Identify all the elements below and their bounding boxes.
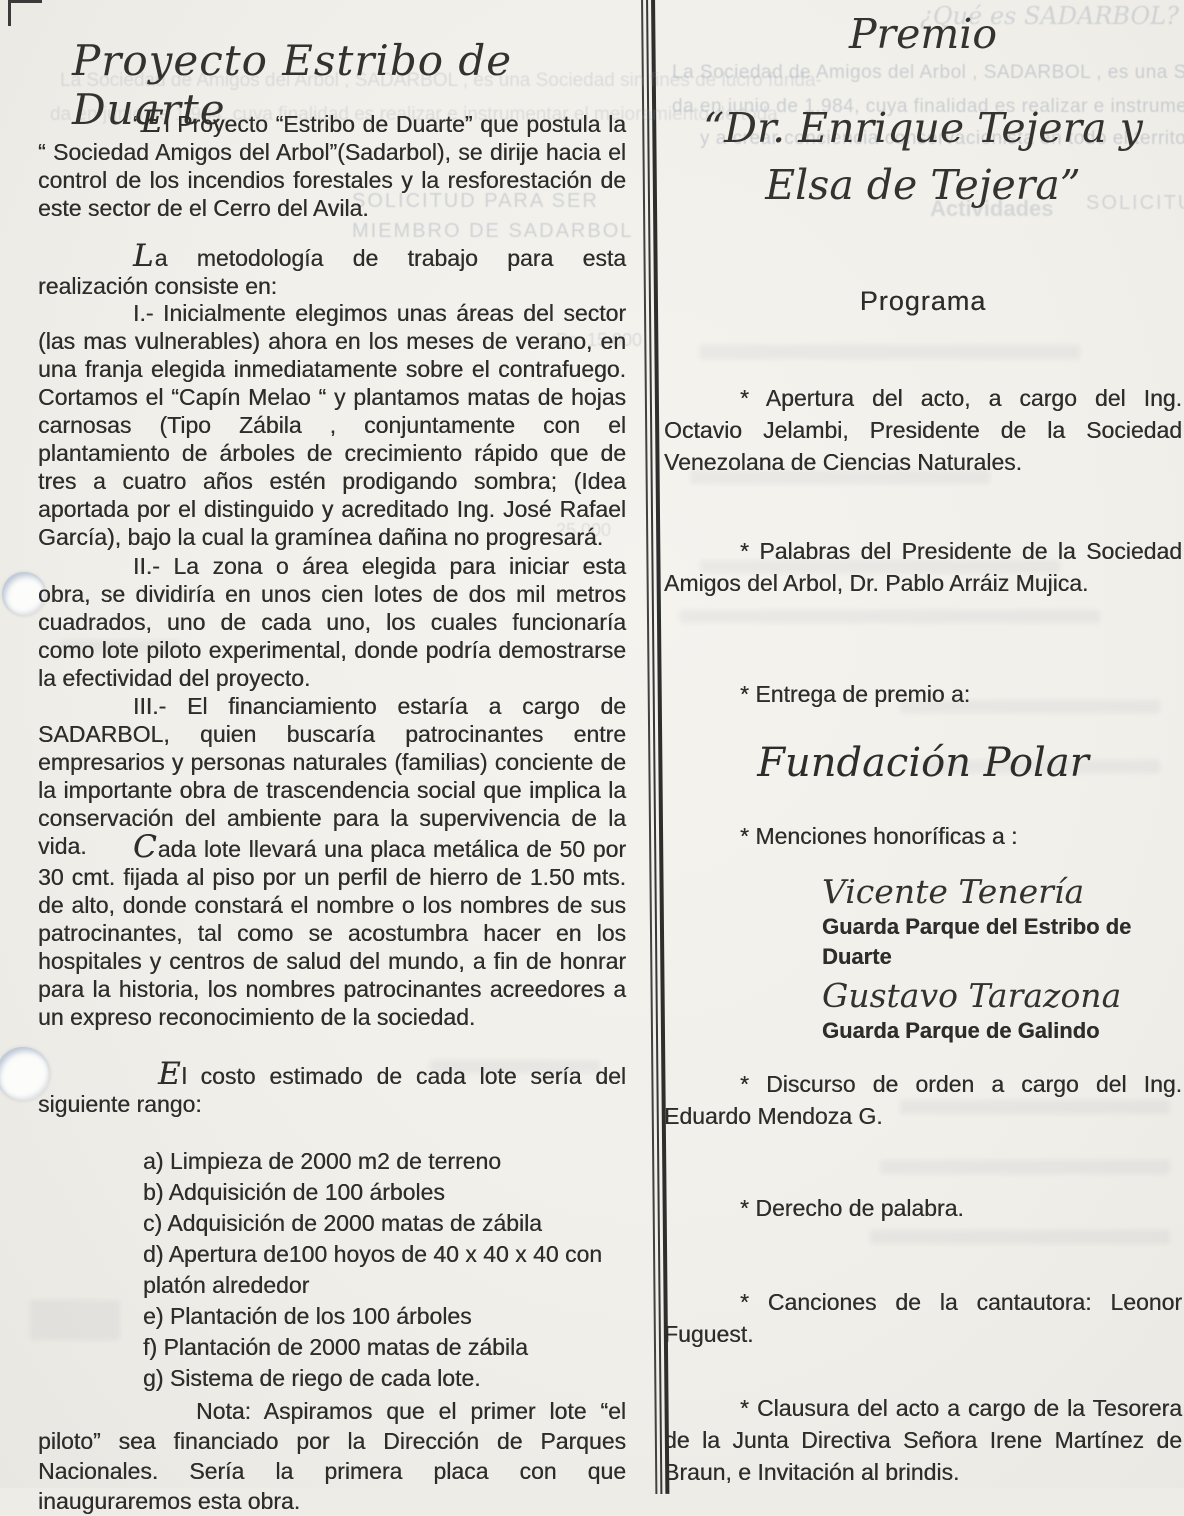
- scanned-document-page: ¿Qué es SADARBOL? La Sociedad de Amigos …: [0, 0, 1184, 1488]
- paragraph-text: a metodología de trabajo para esta reali…: [38, 245, 626, 299]
- program-item-canciones: * Canciones de la cantautora: Leonor Fug…: [664, 1286, 1182, 1350]
- program-item-palabras: * Palabras del Presidente de la Sociedad…: [664, 535, 1182, 599]
- program-item-entrega: * Entrega de premio a:: [664, 678, 1182, 710]
- program-item-clausura: * Clausura del acto a cargo de la Tesore…: [664, 1392, 1182, 1488]
- program-item-derecho: * Derecho de palabra.: [664, 1192, 1182, 1224]
- scan-edge-mark: [8, 0, 11, 26]
- cost-item-g: g) Sistema de riego de cada lote.: [143, 1363, 623, 1394]
- award-line-1: “Dr. Enrique Tejera y: [703, 104, 1143, 152]
- program-item-apertura: * Apertura del acto, a cargo del Ing. Oc…: [664, 382, 1182, 478]
- cost-list: a) Limpieza de 2000 m2 de terreno b) Adq…: [143, 1146, 623, 1394]
- cost-item-c: c) Adquisición de 2000 matas de zábila: [143, 1208, 623, 1239]
- award-line-2: Elsa de Tejera”: [765, 161, 1081, 209]
- open-quote: “: [133, 111, 141, 137]
- nota-paragraph: Nota: Aspiramos que el primer lote “el p…: [38, 1396, 626, 1488]
- drop-cap: E: [141, 104, 165, 140]
- paragraph-text: l costo estimado de cada lote sería del …: [38, 1063, 626, 1117]
- paragraph-item-2: II.- La zona o área elegida para iniciar…: [38, 552, 626, 692]
- award-recipient: Fundación Polar: [664, 740, 1182, 786]
- paragraph-placa: Cada lote llevará una placa metálica de …: [38, 835, 626, 1031]
- cost-item-a: a) Limpieza de 2000 m2 de terreno: [143, 1146, 623, 1177]
- paragraph-metodologia: La metodología de trabajo para esta real…: [38, 244, 626, 300]
- programa-heading: Programa: [664, 286, 1182, 317]
- program-item-discurso: * Discurso de orden a cargo del Ing. Edu…: [664, 1068, 1182, 1132]
- premio-title: Premio: [664, 10, 1182, 58]
- mention-role: Guarda Parque de Galindo: [822, 1016, 1182, 1046]
- cost-item-e: e) Plantación de los 100 árboles: [143, 1301, 623, 1332]
- scan-edge-mark: [8, 0, 42, 3]
- paragraph-text: ada lote llevará una placa metálica de 5…: [38, 836, 626, 1030]
- program-item-menciones: * Menciones honoríficas a :: [664, 820, 1182, 852]
- mention-name: Gustavo Tarazona: [822, 976, 1182, 1016]
- paragraph-text: l Proyecto “Estribo de Duarte” que postu…: [38, 111, 626, 221]
- paragraph-intro: “El Proyecto “Estribo de Duarte” que pos…: [38, 110, 626, 222]
- cost-item-d: d) Apertura de100 hoyos de 40 x 40 x 40 …: [143, 1239, 623, 1301]
- paragraph-costo: El costo estimado de cada lote sería del…: [38, 1062, 626, 1118]
- mention-role: Guarda Parque del Estribo de Duarte: [822, 912, 1182, 972]
- paragraph-item-1: I.- Inicialmente elegimos unas áreas del…: [38, 299, 626, 551]
- award-name: “Dr. Enrique Tejera yElsa de Tejera”: [664, 100, 1182, 214]
- drop-cap: E: [158, 1056, 182, 1092]
- honorific-mentions-list: Vicente Tenería Guarda Parque del Estrib…: [822, 872, 1182, 1050]
- left-column-proyecto: Proyecto Estribo de Duarte “El Proyecto …: [38, 0, 626, 1488]
- cost-item-f: f) Plantación de 2000 matas de zábila: [143, 1332, 623, 1363]
- cost-item-b: b) Adquisición de 100 árboles: [143, 1177, 623, 1208]
- mention-name: Vicente Tenería: [822, 872, 1182, 912]
- right-column-premio: Premio “Dr. Enrique Tejera yElsa de Teje…: [664, 0, 1182, 1488]
- drop-cap: C: [133, 829, 158, 865]
- drop-cap: L: [133, 238, 155, 274]
